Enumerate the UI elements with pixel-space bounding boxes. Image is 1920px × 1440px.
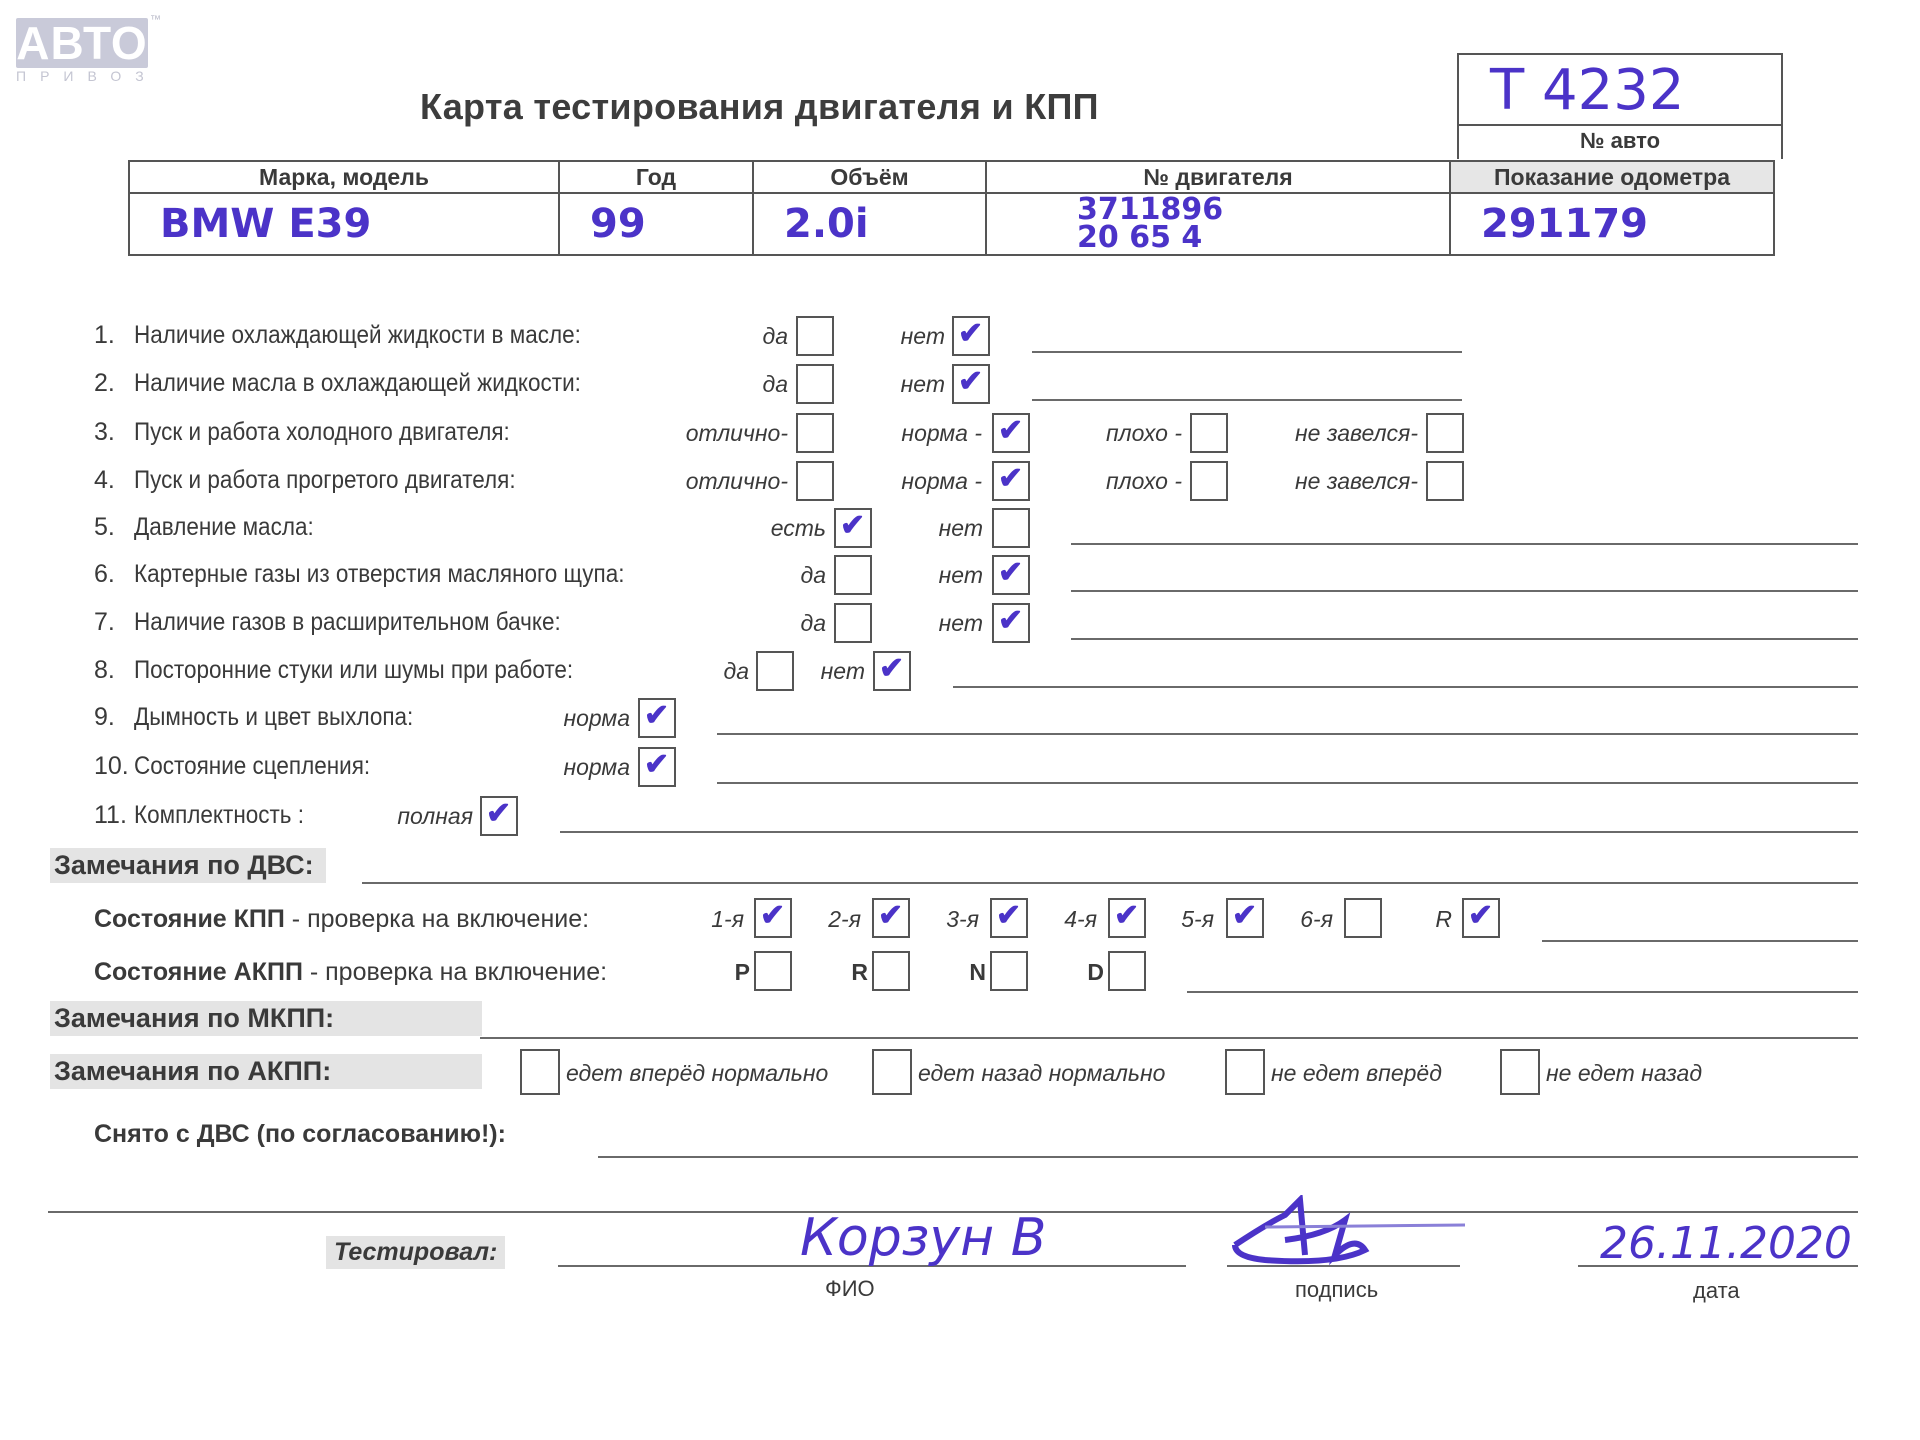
- engine-number-value[interactable]: 3711896 20 65 4: [986, 193, 1450, 255]
- remarks-auto-label: Замечания по АКПП:: [50, 1054, 482, 1089]
- option-checkbox[interactable]: ✔: [992, 555, 1030, 595]
- checkmark-icon: ✔: [879, 651, 904, 686]
- car-number-value[interactable]: T 4232: [1490, 58, 1685, 123]
- option-checkbox[interactable]: [992, 508, 1030, 548]
- question-text: Картерные газы из отверстия масляного щу…: [134, 560, 624, 589]
- option-checkbox[interactable]: [1190, 461, 1228, 501]
- signature-scribble-icon: [1225, 1195, 1485, 1275]
- notes-line[interactable]: [1071, 590, 1858, 592]
- odometer-value[interactable]: 291179: [1450, 193, 1774, 255]
- question-number: 9.: [94, 703, 115, 732]
- question-number: 2.: [94, 369, 115, 398]
- tested-by-label: Тестировал:: [326, 1236, 505, 1269]
- question-number: 1.: [94, 321, 115, 350]
- position-label: D: [1087, 959, 1104, 986]
- gear-label: 5-я: [1181, 906, 1214, 933]
- remarks-manual-line[interactable]: [480, 1037, 1858, 1039]
- question-number: 10.: [94, 752, 129, 781]
- option-label: нет: [901, 323, 945, 350]
- checkmark-icon: ✔: [996, 898, 1021, 933]
- engine-number-line2: 20 65 4: [1077, 224, 1449, 252]
- notes-line[interactable]: [717, 733, 1858, 735]
- checkmark-icon: ✔: [644, 698, 669, 733]
- option-checkbox[interactable]: ✔: [638, 747, 676, 787]
- option-label: не завелся-: [1295, 420, 1418, 447]
- question-text: Пуск и работа холодного двигателя:: [134, 418, 510, 447]
- question-number: 7.: [94, 608, 115, 637]
- option-label: норма: [563, 705, 630, 732]
- position-checkbox[interactable]: [990, 951, 1028, 991]
- auto-remark-checkbox[interactable]: [520, 1049, 560, 1095]
- gear-label: 2-я: [828, 906, 861, 933]
- option-checkbox[interactable]: [1426, 461, 1464, 501]
- option-checkbox[interactable]: ✔: [992, 461, 1030, 501]
- logo: АВТО: [16, 18, 148, 68]
- test-date[interactable]: 26.11.2020: [1600, 1218, 1852, 1269]
- manual-gearbox-label: Состояние КПП - проверка на включение:: [94, 905, 589, 934]
- option-checkbox[interactable]: [1190, 413, 1228, 453]
- vehicle-info-table: Марка, модель Год Объём № двигателя Пока…: [128, 160, 1775, 256]
- option-label: полная: [397, 803, 473, 830]
- tester-name[interactable]: Корзун В: [800, 1208, 1046, 1268]
- question-text: Комплектность :: [134, 801, 304, 830]
- checkmark-icon: ✔: [760, 898, 785, 933]
- checkmark-icon: ✔: [1468, 898, 1493, 933]
- option-checkbox[interactable]: ✔: [952, 364, 990, 404]
- option-label: нет: [939, 610, 983, 637]
- option-checkbox[interactable]: [1426, 413, 1464, 453]
- remarks-ice-line[interactable]: [362, 882, 1858, 884]
- option-checkbox[interactable]: [796, 461, 834, 501]
- option-checkbox[interactable]: ✔: [873, 651, 911, 691]
- question-number: 5.: [94, 513, 115, 542]
- col-header-model: Марка, модель: [129, 161, 559, 193]
- checkmark-icon: ✔: [644, 747, 669, 782]
- option-label: да: [762, 323, 788, 350]
- model-value[interactable]: BMW E39: [129, 193, 559, 255]
- gear-checkbox[interactable]: ✔: [1108, 898, 1146, 938]
- position-label: N: [969, 959, 986, 986]
- manual-gearbox-line[interactable]: [1542, 940, 1858, 942]
- question-number: 11.: [94, 801, 127, 830]
- checkmark-icon: ✔: [486, 796, 511, 831]
- position-label: R: [851, 959, 868, 986]
- auto-remark-checkbox[interactable]: [1500, 1049, 1540, 1095]
- col-header-year: Год: [559, 161, 753, 193]
- notes-line[interactable]: [560, 831, 1858, 833]
- notes-line[interactable]: [1071, 543, 1858, 545]
- logo-trademark: ™: [150, 14, 161, 26]
- position-checkbox[interactable]: [1108, 951, 1146, 991]
- auto-gearbox-label: Состояние АКПП - проверка на включение:: [94, 958, 607, 987]
- gear-checkbox[interactable]: ✔: [990, 898, 1028, 938]
- position-label: P: [735, 959, 750, 986]
- option-checkbox[interactable]: [756, 651, 794, 691]
- option-checkbox[interactable]: ✔: [480, 796, 518, 836]
- notes-line[interactable]: [953, 686, 1858, 688]
- question-number: 3.: [94, 418, 115, 447]
- removed-from-ice-line[interactable]: [598, 1156, 1858, 1158]
- checkmark-icon: ✔: [998, 555, 1023, 590]
- gear-label: 6-я: [1300, 906, 1333, 933]
- checkmark-icon: ✔: [998, 603, 1023, 638]
- option-checkbox[interactable]: [834, 603, 872, 643]
- option-label: нет: [939, 562, 983, 589]
- car-number-label: № авто: [1457, 128, 1783, 154]
- gear-label: 3-я: [946, 906, 979, 933]
- question-text: Наличие масла в охлаждающей жидкости:: [134, 369, 581, 398]
- question-number: 8.: [94, 656, 115, 685]
- question-text: Пуск и работа прогретого двигателя:: [134, 466, 516, 495]
- gear-label: 1-я: [711, 906, 744, 933]
- question-text: Состояние сцепления:: [134, 752, 370, 781]
- checkmark-icon: ✔: [878, 898, 903, 933]
- option-label: норма: [563, 754, 630, 781]
- option-label: нет: [939, 515, 983, 542]
- option-checkbox[interactable]: [796, 316, 834, 356]
- col-header-volume: Объём: [753, 161, 986, 193]
- option-label: плохо -: [1106, 420, 1182, 447]
- option-checkbox[interactable]: [796, 413, 834, 453]
- option-label: да: [762, 371, 788, 398]
- option-label: да: [800, 562, 826, 589]
- remarks-ice-label: Замечания по ДВС:: [50, 848, 326, 883]
- option-label: норма -: [901, 468, 982, 495]
- option-label: нет: [901, 371, 945, 398]
- checkmark-icon: ✔: [840, 508, 865, 543]
- option-checkbox[interactable]: ✔: [952, 316, 990, 356]
- notes-line[interactable]: [1032, 399, 1462, 401]
- col-header-odometer: Показание одометра: [1450, 161, 1774, 193]
- notes-line[interactable]: [717, 782, 1858, 784]
- option-checkbox[interactable]: ✔: [834, 508, 872, 548]
- car-number-divider: [1457, 124, 1781, 126]
- option-label: плохо -: [1106, 468, 1182, 495]
- date-caption: дата: [1693, 1278, 1740, 1304]
- signature-caption: подпись: [1295, 1277, 1378, 1303]
- option-label: норма -: [901, 420, 982, 447]
- question-text: Дымность и цвет выхлопа:: [134, 703, 413, 732]
- notes-line[interactable]: [1071, 638, 1858, 640]
- option-label: не завелся-: [1295, 468, 1418, 495]
- checkmark-icon: ✔: [998, 413, 1023, 448]
- option-label: да: [723, 658, 749, 685]
- remarks-manual-label: Замечания по МКПП:: [50, 1001, 482, 1036]
- checkmark-icon: ✔: [998, 461, 1023, 496]
- option-label: отлично-: [686, 420, 788, 447]
- gear-label: 4-я: [1064, 906, 1097, 933]
- gear-checkbox[interactable]: ✔: [1226, 898, 1264, 938]
- option-label: отлично-: [686, 468, 788, 495]
- gear-label: R: [1435, 906, 1452, 933]
- year-value[interactable]: 99: [559, 193, 753, 255]
- removed-from-ice-label: Снято с ДВС (по согласованию!):: [94, 1120, 506, 1149]
- gear-checkbox[interactable]: ✔: [1462, 898, 1500, 938]
- gear-checkbox[interactable]: [1344, 898, 1382, 938]
- auto-gearbox-line[interactable]: [1187, 991, 1858, 993]
- option-checkbox[interactable]: ✔: [992, 413, 1030, 453]
- option-label: да: [800, 610, 826, 637]
- option-checkbox[interactable]: ✔: [992, 603, 1030, 643]
- checkmark-icon: ✔: [958, 364, 983, 399]
- option-checkbox[interactable]: [796, 364, 834, 404]
- notes-line[interactable]: [1032, 351, 1462, 353]
- checkmark-icon: ✔: [1232, 898, 1257, 933]
- page-title: Карта тестирования двигателя и КПП: [420, 86, 1099, 128]
- position-checkbox[interactable]: [754, 951, 792, 991]
- option-label: нет: [821, 658, 865, 685]
- auto-remark-checkbox[interactable]: [1225, 1049, 1265, 1095]
- auto-remark-label: не едет вперёд: [1271, 1060, 1442, 1087]
- gear-checkbox[interactable]: ✔: [754, 898, 792, 938]
- auto-remark-label: едет вперёд нормально: [566, 1060, 828, 1087]
- checkmark-icon: ✔: [1114, 898, 1139, 933]
- col-header-engine-number: № двигателя: [986, 161, 1450, 193]
- checkmark-icon: ✔: [958, 316, 983, 351]
- question-text: Давление масла:: [134, 513, 314, 542]
- question-text: Наличие газов в расширительном бачке:: [134, 608, 561, 637]
- question-text: Посторонние стуки или шумы при работе:: [134, 656, 573, 685]
- question-number: 6.: [94, 560, 115, 589]
- question-text: Наличие охлаждающей жидкости в масле:: [134, 321, 581, 350]
- name-caption: ФИО: [825, 1276, 875, 1302]
- logo-subtitle: ПРИВОЗ: [16, 68, 150, 84]
- volume-value[interactable]: 2.0i: [753, 193, 986, 255]
- auto-remark-checkbox[interactable]: [872, 1049, 912, 1095]
- auto-remark-label: едет назад нормально: [918, 1060, 1165, 1087]
- question-number: 4.: [94, 466, 115, 495]
- auto-remark-label: не едет назад: [1546, 1060, 1702, 1087]
- position-checkbox[interactable]: [872, 951, 910, 991]
- option-checkbox[interactable]: ✔: [638, 698, 676, 738]
- option-checkbox[interactable]: [834, 555, 872, 595]
- option-label: есть: [771, 515, 826, 542]
- gear-checkbox[interactable]: ✔: [872, 898, 910, 938]
